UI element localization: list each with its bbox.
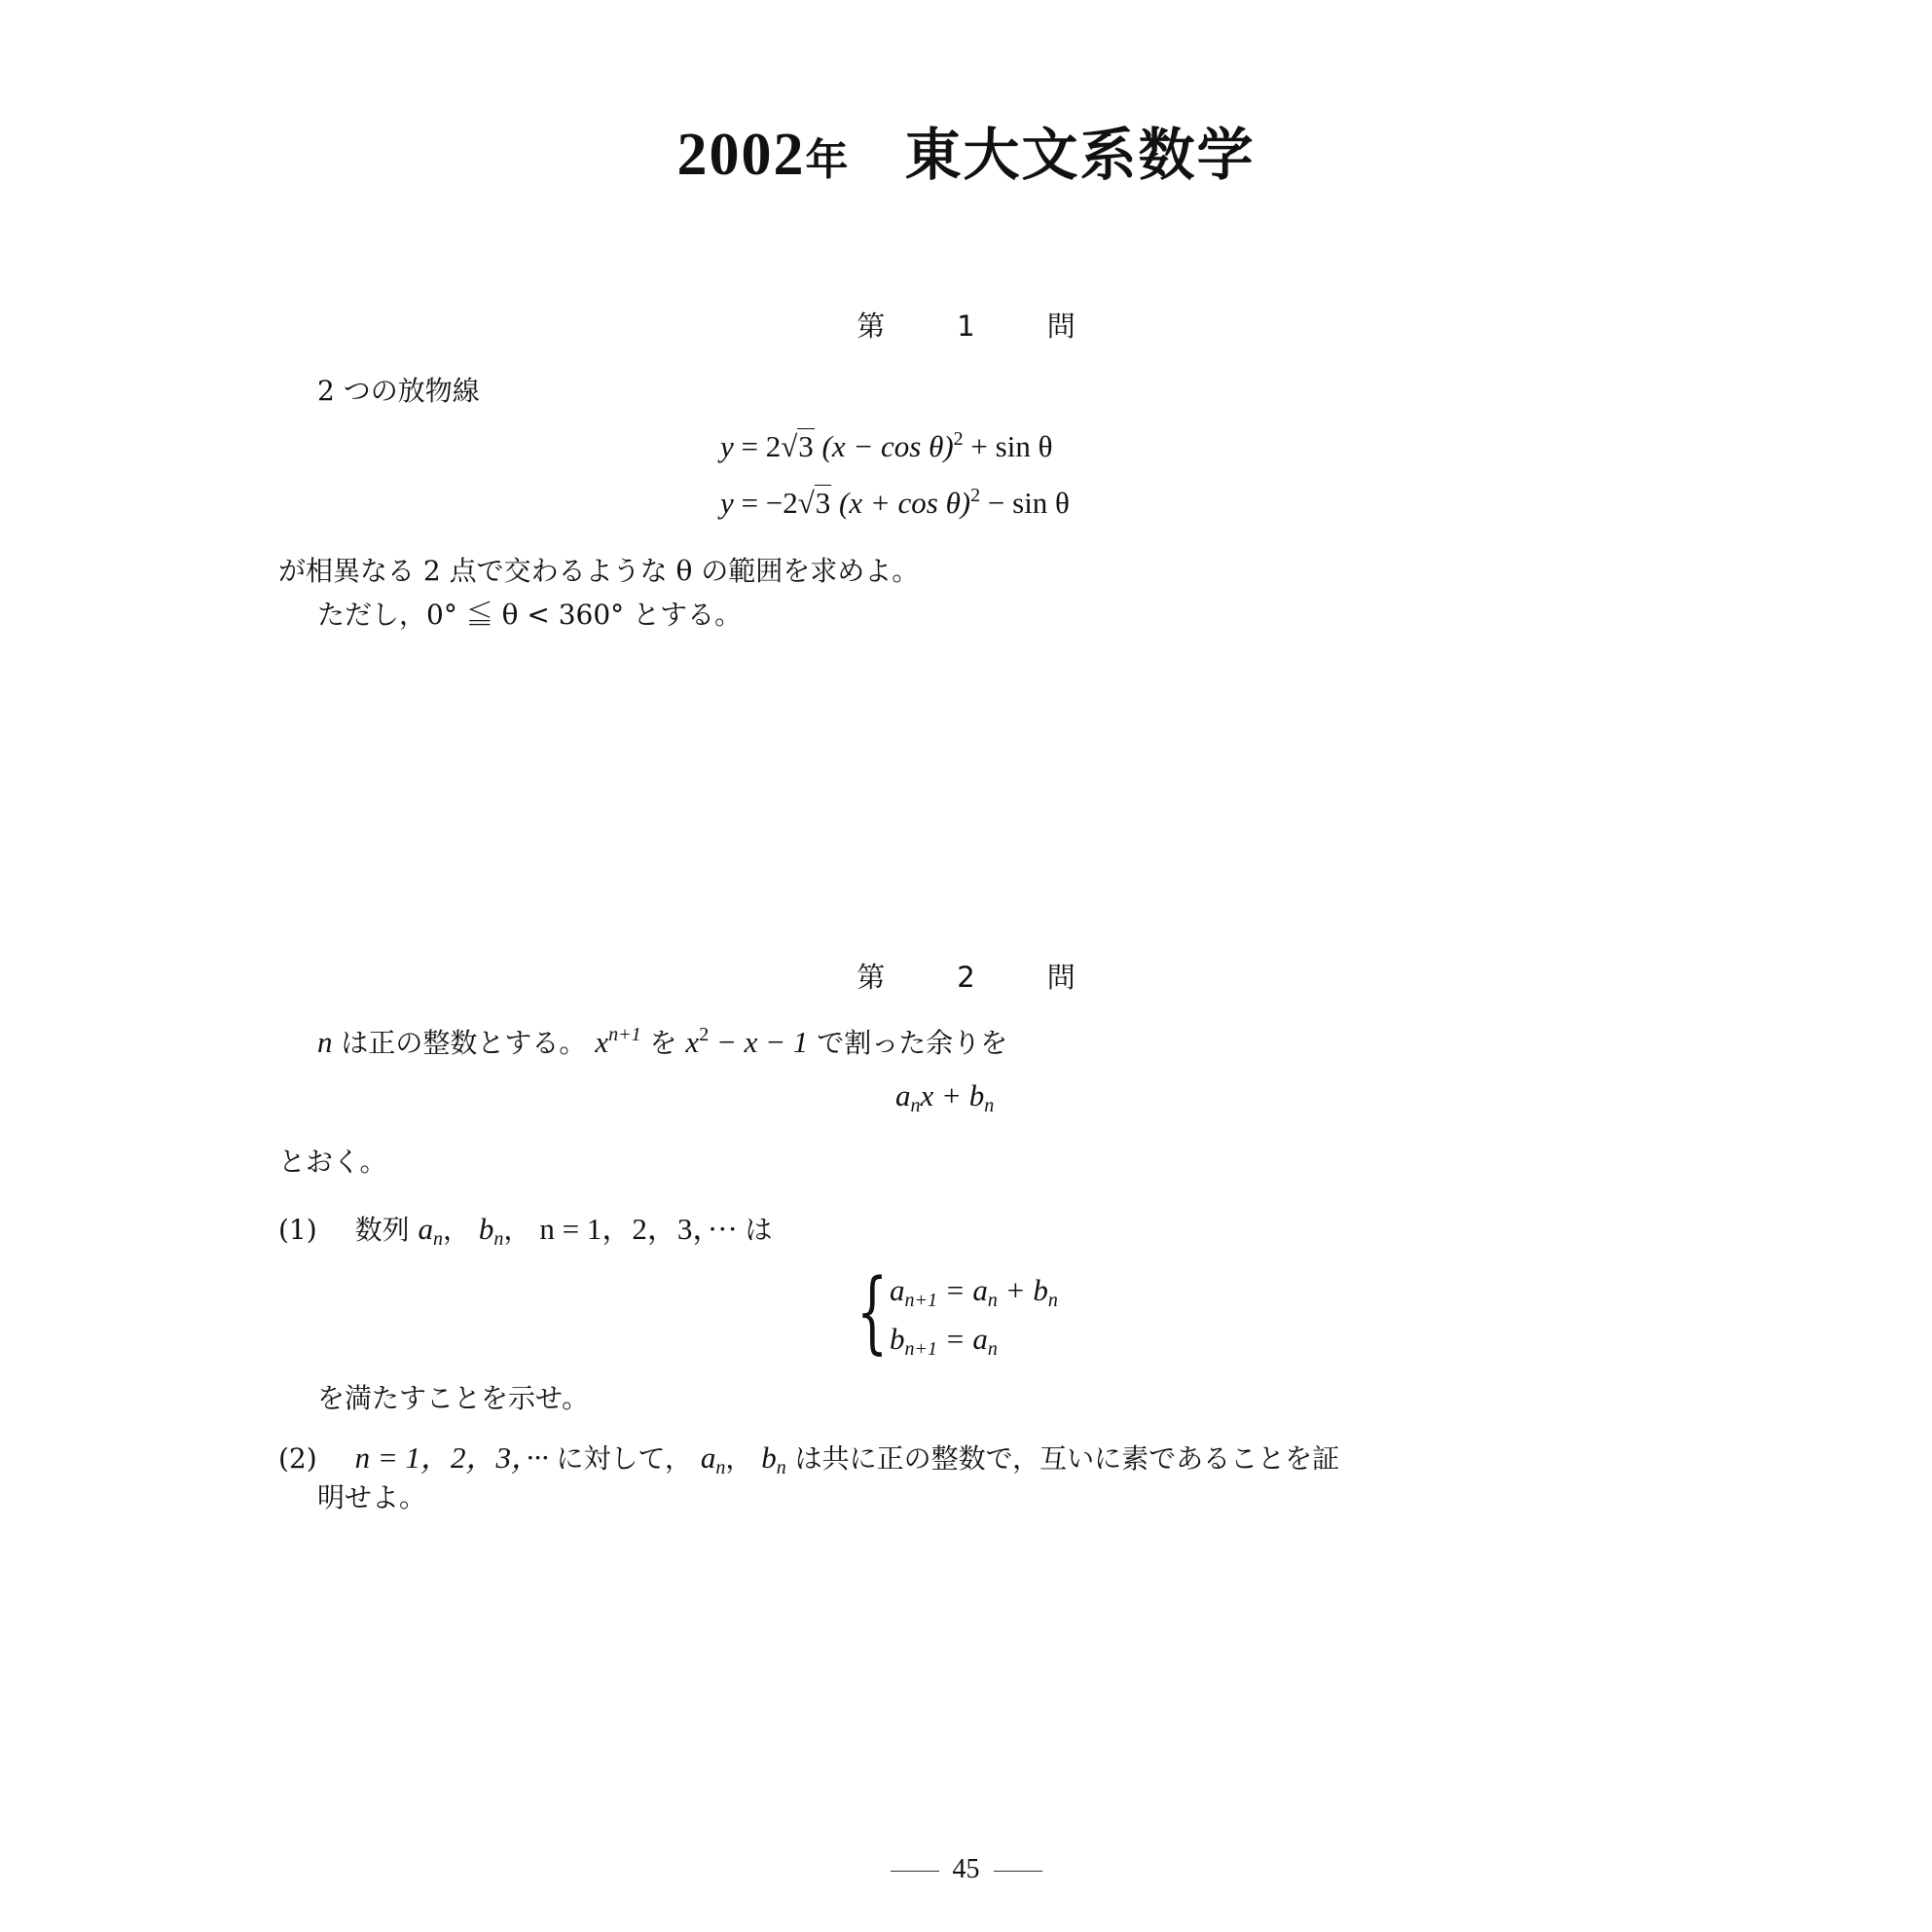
row2-lhs: b	[890, 1322, 905, 1356]
problem-2-intro: n は正の整数とする。 xn+1 を x2 − x − 1 で割った余りを	[317, 1022, 1007, 1061]
eq2-paren: (x + cos θ)	[839, 486, 970, 520]
row1-rhs-sub: n	[988, 1290, 998, 1311]
eq1-lhs: y	[720, 429, 734, 463]
heading-number: 1	[957, 310, 974, 343]
row1-lhs: a	[890, 1273, 905, 1307]
comma: ，	[443, 1214, 470, 1246]
poly-rest: − x − 1	[709, 1025, 808, 1059]
problem-1-line-1: が相異なる 2 点で交わるような θ の範囲を求めよ。	[278, 550, 919, 589]
part-1-line: (1) 数列 an， bn， n = 1，2，3，··· は	[278, 1204, 773, 1251]
n-range: n = 1，2，3，···	[355, 1440, 557, 1475]
remainder-expression: anx + bn	[895, 1078, 994, 1117]
recurrence-system: { an+1 = an + bn bn+1 = an	[857, 1265, 1168, 1363]
var-b: b	[479, 1212, 494, 1246]
sqrt-sign: √	[798, 486, 815, 520]
row1-rhs2: + b	[998, 1273, 1048, 1307]
problem-1-line-2: ただし，0° ≦ θ < 360° とする。	[317, 594, 742, 633]
exp-n-plus-1: n+1	[608, 1024, 641, 1045]
part-2-text-f: は共に正の整数で，互いに素であることを証	[786, 1442, 1339, 1475]
title-year: 2002	[676, 122, 805, 188]
part-2-line-2: 明せよ。	[317, 1476, 426, 1515]
part-1-text-a: 数列	[355, 1214, 410, 1246]
row2-rhs-sub: n	[988, 1338, 998, 1360]
row1-lhs-sub: n+1	[905, 1290, 938, 1311]
part-2-text-b: に対して，	[557, 1442, 692, 1475]
eq1-exp: 2	[954, 428, 964, 450]
intro-text-a: は正の整数とする。	[341, 1027, 586, 1059]
n-range: n = 1，2，3，···	[539, 1212, 745, 1246]
rem-mid: x +	[921, 1078, 969, 1112]
part-2-label: (2)	[278, 1442, 317, 1475]
problem-1-intro: 2 つの放物線	[317, 370, 480, 409]
sub-n: n	[715, 1457, 725, 1478]
eq2-exp: 2	[970, 485, 980, 506]
footer-dash-left	[891, 1871, 939, 1872]
part-1-text-g: は	[746, 1214, 773, 1246]
part-1-closing: を満たすことを示せ。	[317, 1377, 589, 1416]
intro-text-b: を	[650, 1027, 677, 1059]
problem-1-equation-2: y = −2√3 (x + cos θ)2 − sin θ	[720, 485, 1070, 521]
row1-rhs: = a	[945, 1273, 988, 1307]
eq1-root: 3	[797, 428, 815, 464]
var-x: x	[595, 1025, 608, 1059]
problem-2-heading: 第2問	[0, 956, 1932, 996]
heading-mon: 問	[1047, 956, 1075, 996]
heading-dai: 第	[857, 305, 885, 345]
intro-text-c: で割った余りを	[817, 1027, 1007, 1059]
poly-exp: 2	[699, 1024, 709, 1045]
rem-a: a	[895, 1078, 911, 1112]
heading-number: 2	[957, 961, 974, 994]
eq2-lhs: y	[720, 486, 734, 520]
var-a: a	[419, 1212, 434, 1246]
heading-dai: 第	[857, 956, 885, 996]
row1-rhs2-sub: n	[1048, 1290, 1058, 1311]
eq2-coef: = −2	[742, 486, 798, 520]
rem-b: b	[969, 1078, 985, 1112]
page-number: 45	[953, 1854, 980, 1884]
sub-n: n	[493, 1228, 503, 1250]
row2-rhs: = a	[945, 1322, 988, 1356]
page-number-footer: 45	[0, 1854, 1932, 1885]
var-a: a	[701, 1440, 716, 1475]
left-brace-icon: {	[857, 1267, 888, 1357]
footer-dash-right	[994, 1871, 1042, 1872]
rem-sub-a: n	[911, 1095, 921, 1116]
recurrence-row-1: an+1 = an + bn	[890, 1273, 1058, 1312]
sub-n: n	[433, 1228, 443, 1250]
eq1-paren: (x − cos θ)	[822, 429, 954, 463]
problem-1-heading: 第1問	[0, 305, 1932, 345]
page-title: 2002年東大文系数学	[0, 109, 1932, 191]
row2-lhs-sub: n+1	[905, 1338, 938, 1360]
var-b: b	[761, 1440, 777, 1475]
part-2-line-1: (2) n = 1，2，3，··· に対して， an， bn は共に正の整数で，…	[278, 1433, 1339, 1479]
problem-2-oku: とおく。	[278, 1141, 386, 1180]
heading-mon: 問	[1047, 305, 1075, 345]
comma: ，	[725, 1442, 752, 1475]
title-nen: 年	[805, 135, 850, 185]
rem-sub-b: n	[984, 1095, 994, 1116]
comma: ，	[503, 1214, 530, 1246]
title-main: 東大文系数学	[904, 122, 1255, 188]
sqrt-sign: √	[781, 429, 797, 463]
var-n: n	[317, 1025, 333, 1059]
eq1-coef: = 2	[742, 429, 782, 463]
eq2-tail: − sin θ	[988, 486, 1070, 520]
sub-n: n	[777, 1457, 786, 1478]
poly-x: x	[685, 1025, 699, 1059]
problem-1-equation-1: y = 2√3 (x − cos θ)2 + sin θ	[720, 428, 1052, 464]
eq2-root: 3	[815, 485, 832, 521]
recurrence-row-2: bn+1 = an	[890, 1322, 998, 1361]
part-1-label: (1)	[278, 1214, 317, 1246]
eq1-tail: + sin θ	[970, 429, 1052, 463]
